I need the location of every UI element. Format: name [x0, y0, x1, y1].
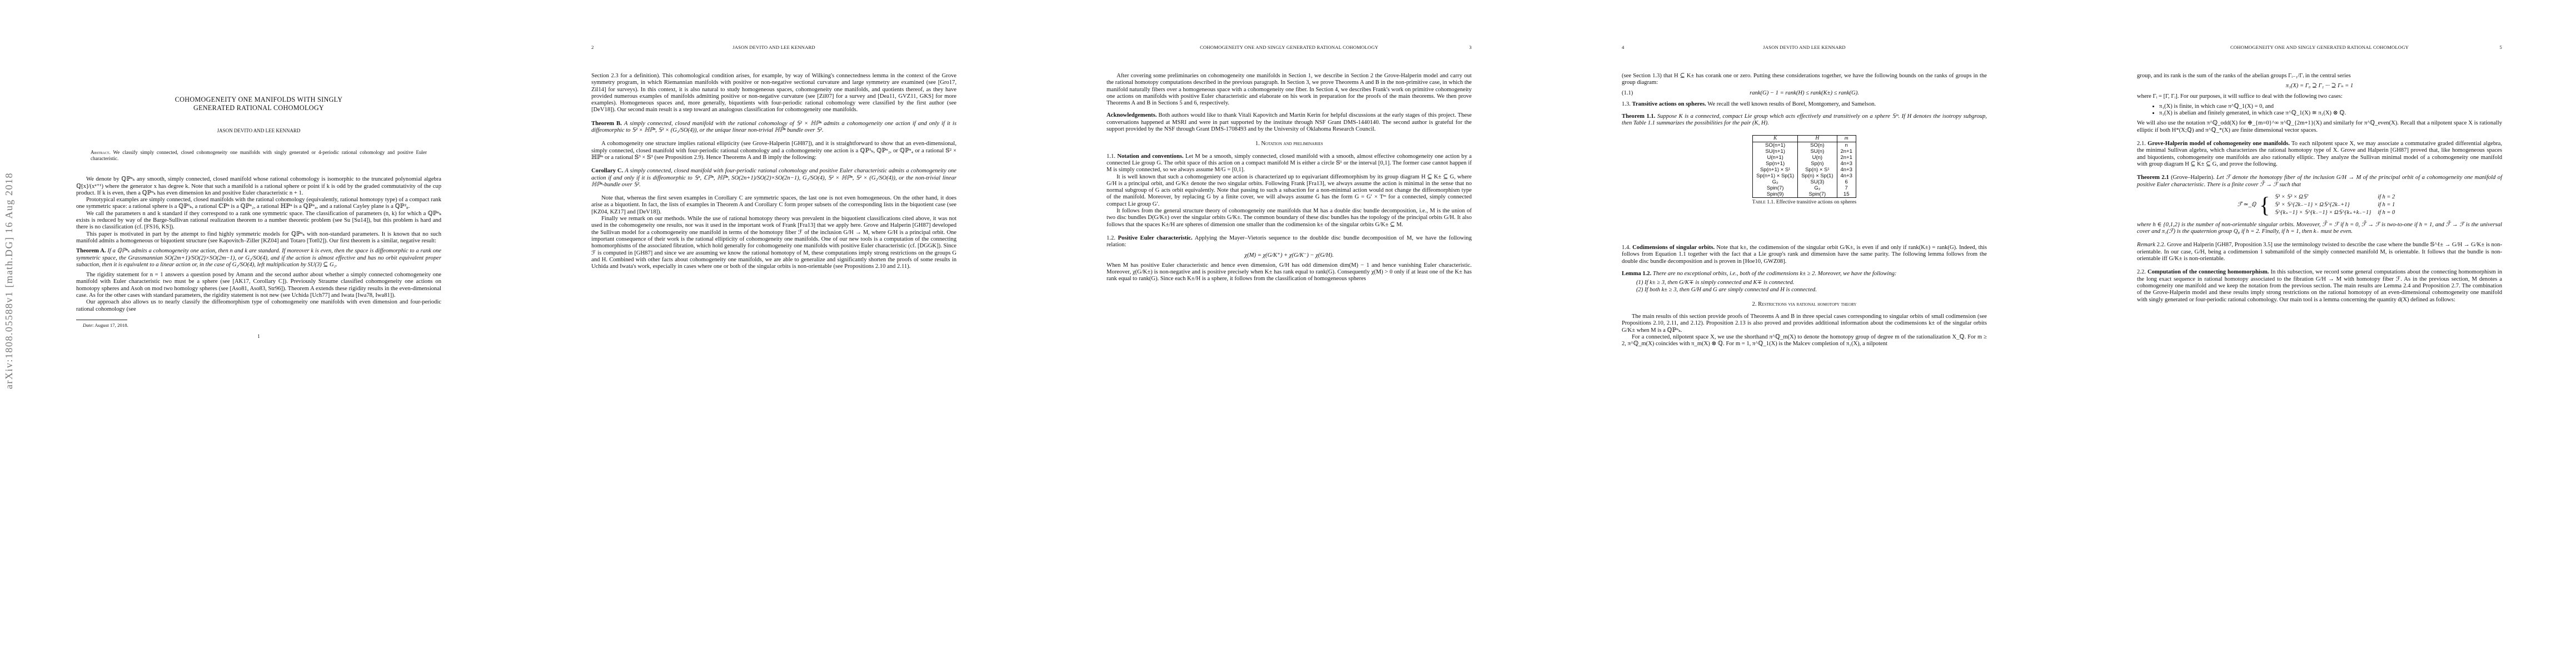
running-head-text: JASON DEVITO AND LEE KENNARD [1622, 44, 1987, 50]
central-series-equation: π₁(X) = Γ₀ ⊇ Γ₁ ··· ⊇ Γₙ = 1 [2137, 83, 2502, 89]
page-2: 2 JASON DEVITO AND LEE KENNARD Section 2… [515, 0, 1030, 667]
acknowledgements: Acknowledgements. Both authors would lik… [1107, 112, 1472, 133]
ack-text: Both authors would like to thank Vitali … [1107, 112, 1472, 132]
paragraph: It follows from the general structure th… [1107, 208, 1472, 228]
footnote-date: Date: August 17, 2018. [76, 322, 441, 328]
theorem-a: Theorem A. If a ℚℙⁿₖ admits a cohomogene… [76, 248, 441, 268]
subsection-2-1: 2.1. Grove-Halperin model of cohomogenei… [2137, 141, 2502, 168]
subsection-1-3: 1.3. Transitive actions on spheres. We r… [1622, 101, 1987, 108]
page-2-body: Section 2.3 for a definition). This coho… [591, 73, 956, 270]
paper-authors: JASON DEVITO AND LEE KENNARD [76, 127, 441, 134]
paragraph: The main results of this section provide… [1622, 313, 1987, 334]
table-caption: Table 1.1. Effective transitive actions … [1622, 199, 1987, 206]
table-row: SU(n+1)SU(n)2n+1 [1753, 148, 1856, 155]
bullet-item: π₁(X) is finite, in which case π^ℚ_1(X) … [2159, 103, 2502, 110]
page-3-body: After covering some preliminaries on coh… [1107, 73, 1472, 283]
table-header-row: K H m [1753, 135, 1856, 142]
lemma-item: (1) If k± ≥ 3, then G/K∓ is simply conne… [1636, 280, 1987, 286]
theorem-label: Theorem A. [76, 248, 106, 254]
paragraph: This paper is motivated in part by the a… [76, 231, 441, 245]
corollary-c: Corollary C. A simply connected, closed … [591, 168, 956, 188]
footnote-rule [76, 320, 127, 320]
table-row: Spin(9)Spin(7)15 [1753, 191, 1856, 198]
paragraph: We call the parameters n and k standard … [76, 211, 441, 231]
paragraph: We will also use the notation π^ℚ_odd(X)… [2137, 120, 2502, 134]
table-row: U(n+1)U(n)2n+1 [1753, 155, 1856, 161]
subsection-2-2: 2.2. Computation of the connecting homom… [2137, 269, 2502, 303]
corollary-statement: A simply connected, closed manifold with… [591, 168, 956, 188]
running-head-text: COHOMOGENEITY ONE AND SINGLY GENERATED R… [2137, 44, 2502, 50]
paragraph: Note that, whereas the first seven examp… [591, 195, 956, 216]
page-5-body: group, and its rank is the sum of the ra… [2137, 73, 2502, 303]
subsection-1-1: 1.1. Notation and conventions. Let M be … [1107, 153, 1472, 174]
paragraph: Prototypical examples are simply connect… [76, 197, 441, 211]
theorem-label: Theorem B. [591, 121, 622, 127]
page-number: 5 [2500, 44, 2503, 50]
abstract-label: Abstract. [91, 150, 111, 155]
corollary-label: Corollary C. [591, 168, 623, 174]
paragraph: For a connected, nilpotent space X, we u… [1622, 334, 1987, 348]
subsection-1-4: 1.4. Codimensions of singular orbits. No… [1622, 245, 1987, 265]
cases-lhs: ℱ̄ ≃_ℚ [2238, 202, 2256, 208]
theorem-b: Theorem B. A simply connected, closed ma… [591, 121, 956, 135]
page-4-body: (see Section 1.3) that H ⊆ K± has corank… [1622, 73, 1987, 348]
table-row: Sp(n+1)Sp(n)4n+3 [1753, 161, 1856, 167]
equation-1-1: (1.1) rank(G) − 1 = rank(H) ≤ rank(K±) ≤… [1622, 90, 1987, 97]
page-number: 1 [76, 333, 441, 340]
paragraph: Our approach also allows us to nearly cl… [76, 299, 441, 313]
table-row: Sp(n+1) × S¹Sp(n) × S¹4n+3 [1753, 167, 1856, 173]
section-heading-1: 1. Notation and preliminaries [1107, 141, 1472, 147]
running-head-text: COHOMOGENEITY ONE AND SINGLY GENERATED R… [1107, 44, 1472, 50]
paragraph: A cohomogeneity one structure implies ra… [591, 141, 956, 161]
page-4: 4 JASON DEVITO AND LEE KENNARD (see Sect… [1546, 0, 2061, 667]
page-1: arXiv:1808.05588v1 [math.DG] 16 Aug 2018… [0, 0, 515, 667]
page-3: COHOMOGENEITY ONE AND SINGLY GENERATED R… [1030, 0, 1546, 667]
paragraph: When M has positive Euler characteristic… [1107, 262, 1472, 283]
section-heading-2: 2. Restrictions via rational homotopy th… [1622, 301, 1987, 308]
page-1-body: COHOMOGENEITY ONE MANIFOLDS WITH SINGLY … [76, 96, 441, 340]
ack-label: Acknowledgements. [1107, 112, 1157, 118]
cases-table: 𝕊³ × 𝕊³ × Ω𝕊⁷if h = 2 𝕊¹ × 𝕊^{2k₋−1} × Ω… [2273, 193, 2401, 217]
table-row: G₂SU(3)6 [1753, 179, 1856, 185]
paragraph: group, and its rank is the sum of the ra… [2137, 73, 2502, 79]
running-head-text: JASON DEVITO AND LEE KENNARD [591, 44, 956, 50]
case-row: 𝕊^{k₊−1} × 𝕊^{k₋−1} × Ω𝕊^{k₊+k₋−1}if h =… [2274, 210, 2400, 216]
equation-body: rank(G) − 1 = rank(H) ≤ rank(K±) ≤ rank(… [1622, 90, 1987, 97]
left-brace-icon: { [2259, 194, 2270, 216]
paper-title: COHOMOGENEITY ONE MANIFOLDS WITH SINGLY … [76, 96, 441, 112]
paragraph: After covering some preliminaries on coh… [1107, 73, 1472, 107]
lemma-1-2: Lemma 1.2. There are no exceptional orbi… [1622, 271, 1987, 293]
abstract: Abstract. We classify simply connected, … [91, 150, 427, 162]
paragraph: It is well known that such a cohomogenie… [1107, 174, 1472, 208]
case-row: 𝕊¹ × 𝕊^{2k₋−1} × Ω𝕊^{2k₋+1}if h = 1 [2274, 202, 2400, 208]
paragraph: Finally we remark on our methods. While … [591, 216, 956, 270]
theorem-statement: A simply connected, closed manifold with… [591, 121, 956, 133]
equation-label: (1.1) [1622, 90, 1633, 97]
table-row: Spin(7)G₂7 [1753, 185, 1856, 191]
table-row: SO(n+1)SO(n)n [1753, 142, 1856, 148]
paragraph: We denote by ℚℙⁿₖ any smooth, simply con… [76, 176, 441, 197]
paragraph: Section 2.3 for a definition). This coho… [591, 73, 956, 114]
case-row: 𝕊³ × 𝕊³ × Ω𝕊⁷if h = 2 [2274, 194, 2400, 201]
subsection-1-2: 1.2. Positive Euler characteristic. Appl… [1107, 235, 1472, 249]
abstract-text: We classify simply connected, closed coh… [91, 150, 427, 161]
paragraph: (see Section 1.3) that H ⊆ K± has corank… [1622, 73, 1987, 87]
page-5: COHOMOGENEITY ONE AND SINGLY GENERATED R… [2061, 0, 2576, 667]
remark-2-2: Remark 2.2. Grove and Halperin [GH87, Pr… [2137, 242, 2502, 262]
bullet-list: π₁(X) is finite, in which case π^ℚ_1(X) … [2137, 103, 2502, 117]
euler-equation: χ(M) = χ(G/K⁺) + χ(G/K⁻) − χ(G/H). [1107, 252, 1472, 259]
theorem-2-1: Theorem 2.1 (Grove–Halperin). Let ℱ deno… [2137, 175, 2502, 188]
paragraph: where Γᵢ = [Γ, Γᵢ]. For our purposes, it… [2137, 93, 2502, 100]
theorem-1-1: Theorem 1.1. Suppose K is a connected, c… [1622, 113, 1987, 127]
lemma-items: (1) If k± ≥ 3, then G/K∓ is simply conne… [1622, 280, 1987, 293]
theorem-statement: If a ℚℙⁿₖ admits a cohomogeneity one act… [76, 248, 441, 268]
table-row: Sp(n+1) × Sp(1)Sp(n) × Sp(1)4n+3 [1753, 173, 1856, 179]
page-number: 3 [1469, 44, 1472, 50]
paragraph: The rigidity statement for n = 1 answers… [76, 272, 441, 299]
arxiv-stamp: arXiv:1808.05588v1 [math.DG] 16 Aug 2018 [3, 172, 15, 389]
table-1-1: K H m SO(n+1)SO(n)n SU(n+1)SU(n)2n+1 U(n… [1752, 135, 1856, 198]
bullet-item: π₁(X) is abelian and finitely generated,… [2159, 110, 2502, 117]
lemma-item: (2) If both k± ≥ 3, then G/H and G are s… [1636, 287, 1987, 293]
theorem-continuation: where h ∈ {0,1,2} is the number of non-o… [2137, 222, 2502, 236]
fiber-cases: ℱ̄ ≃_ℚ { 𝕊³ × 𝕊³ × Ω𝕊⁷if h = 2 𝕊¹ × 𝕊^{2… [2137, 193, 2502, 217]
